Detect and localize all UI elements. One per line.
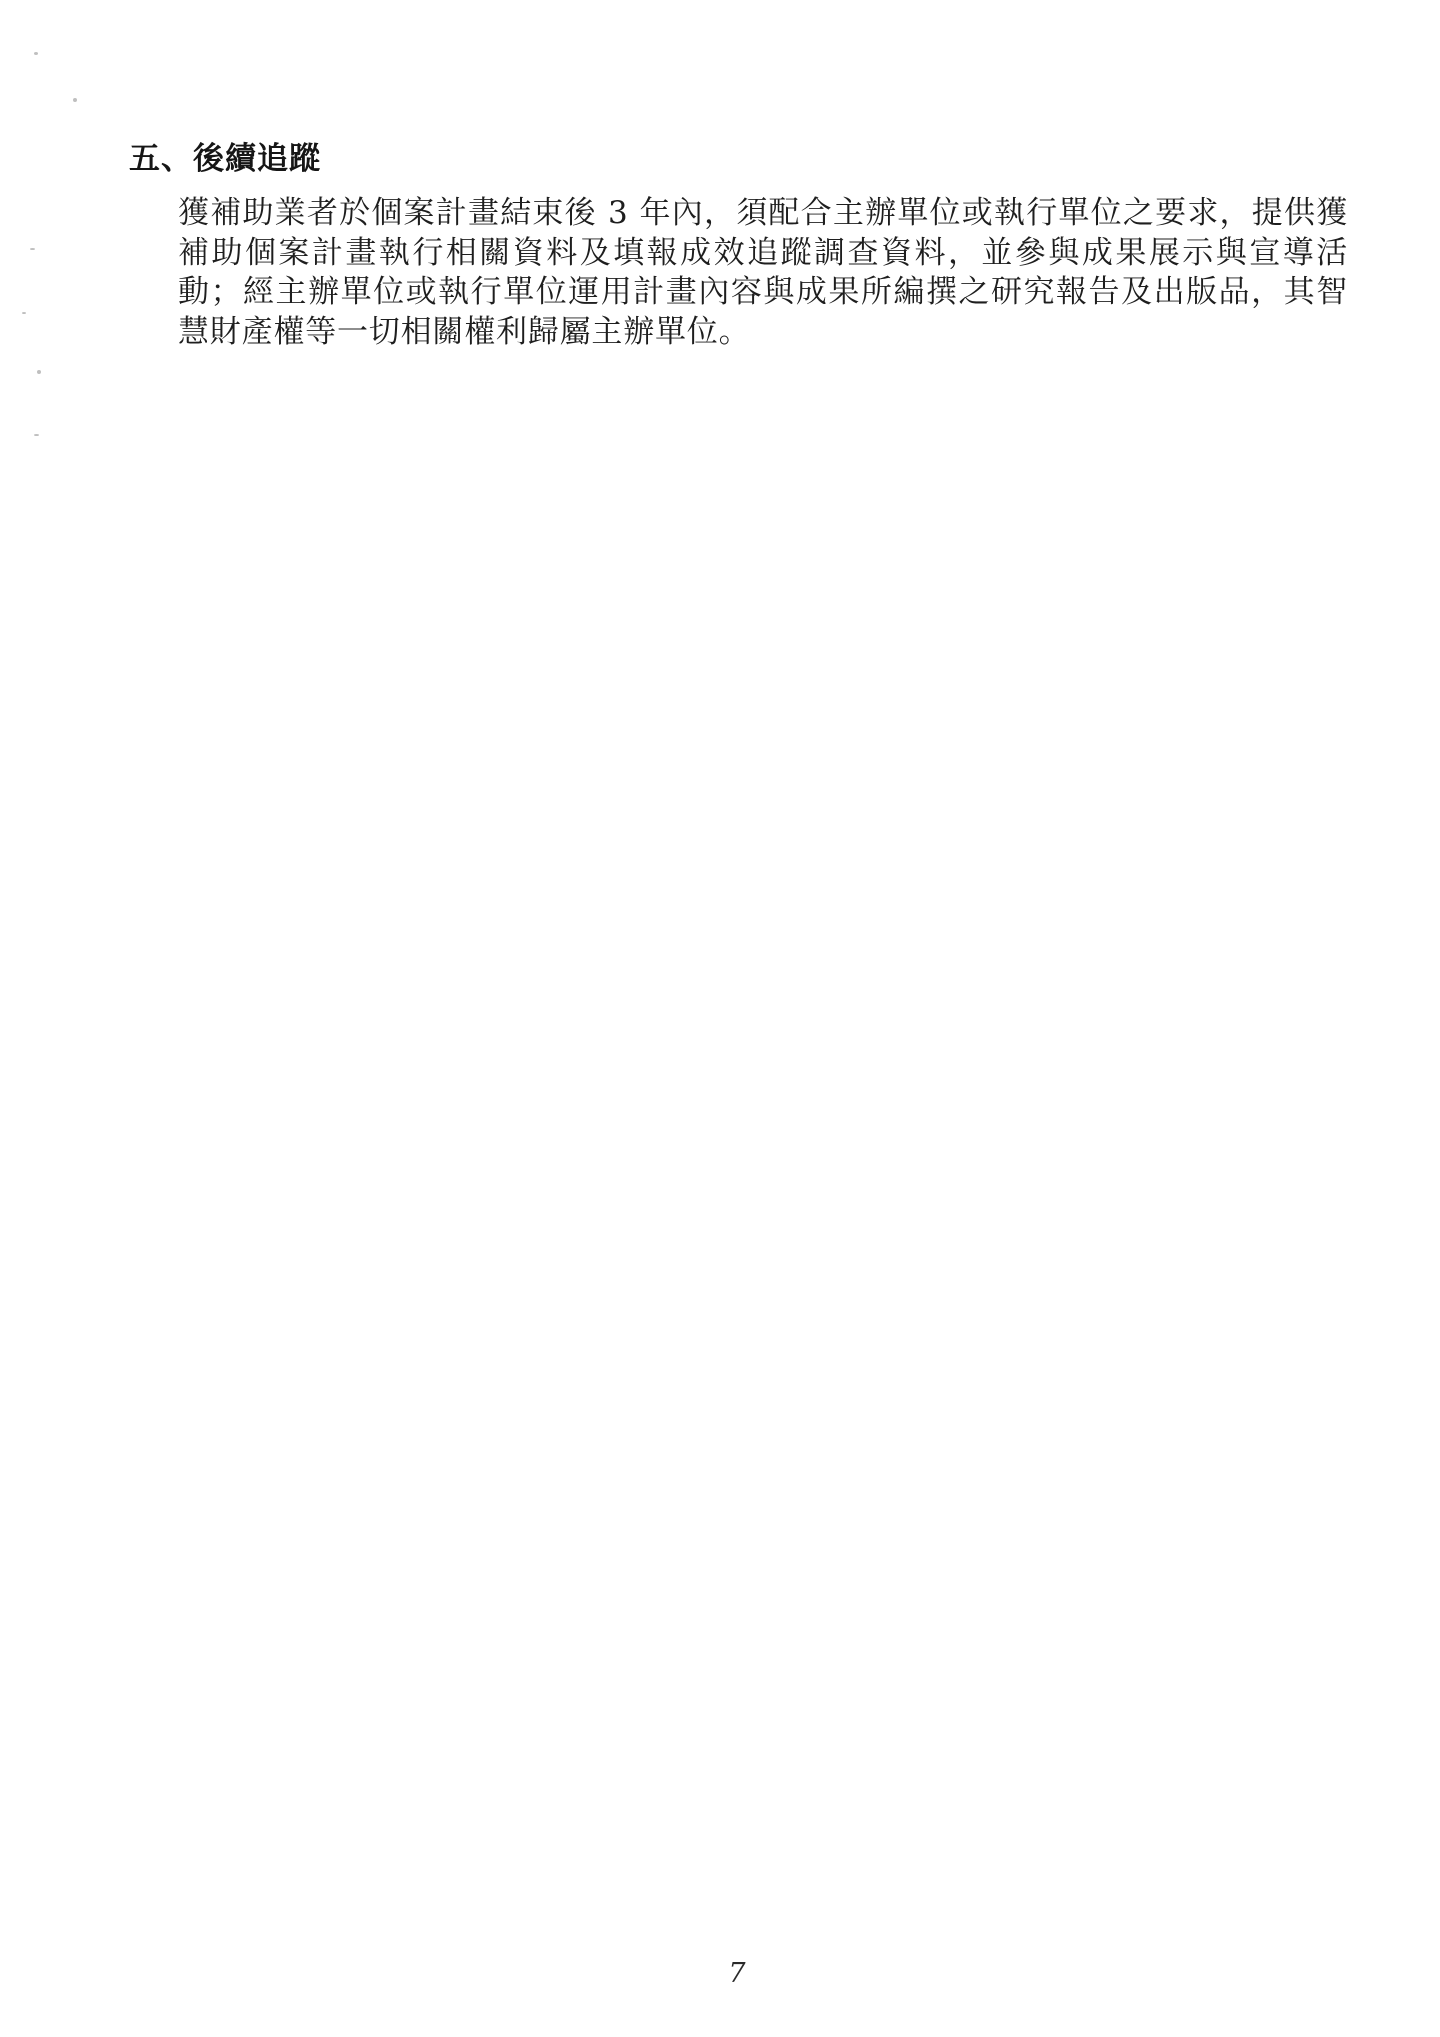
scan-speck bbox=[30, 248, 35, 250]
section-heading: 五、後續追蹤 bbox=[129, 138, 321, 180]
scan-speck bbox=[22, 312, 26, 314]
scan-speck bbox=[37, 370, 41, 374]
document-page: 五、後續追蹤 獲補助業者於個案計畫結束後 3 年內，須配合主辦單位或執行單位之要… bbox=[0, 0, 1440, 2037]
paragraph-line: 補助個案計畫執行相關資料及填報成效追蹤調查資料，並參與成果展示與宣導活 bbox=[178, 234, 1348, 274]
scan-speck bbox=[73, 98, 77, 102]
scan-speck bbox=[34, 52, 38, 55]
page-number: 7 bbox=[0, 1958, 1440, 1989]
scan-speck bbox=[34, 434, 39, 436]
paragraph-line: 獲補助業者於個案計畫結束後 3 年內，須配合主辦單位或執行單位之要求，提供獲 bbox=[178, 194, 1348, 234]
paragraph-line: 慧財產權等一切相關權利歸屬主辦單位。 bbox=[178, 313, 1348, 353]
section-paragraph: 獲補助業者於個案計畫結束後 3 年內，須配合主辦單位或執行單位之要求，提供獲 補… bbox=[178, 194, 1348, 352]
paragraph-line: 動；經主辦單位或執行單位運用計畫內容與成果所編撰之研究報告及出版品，其智 bbox=[178, 273, 1348, 313]
